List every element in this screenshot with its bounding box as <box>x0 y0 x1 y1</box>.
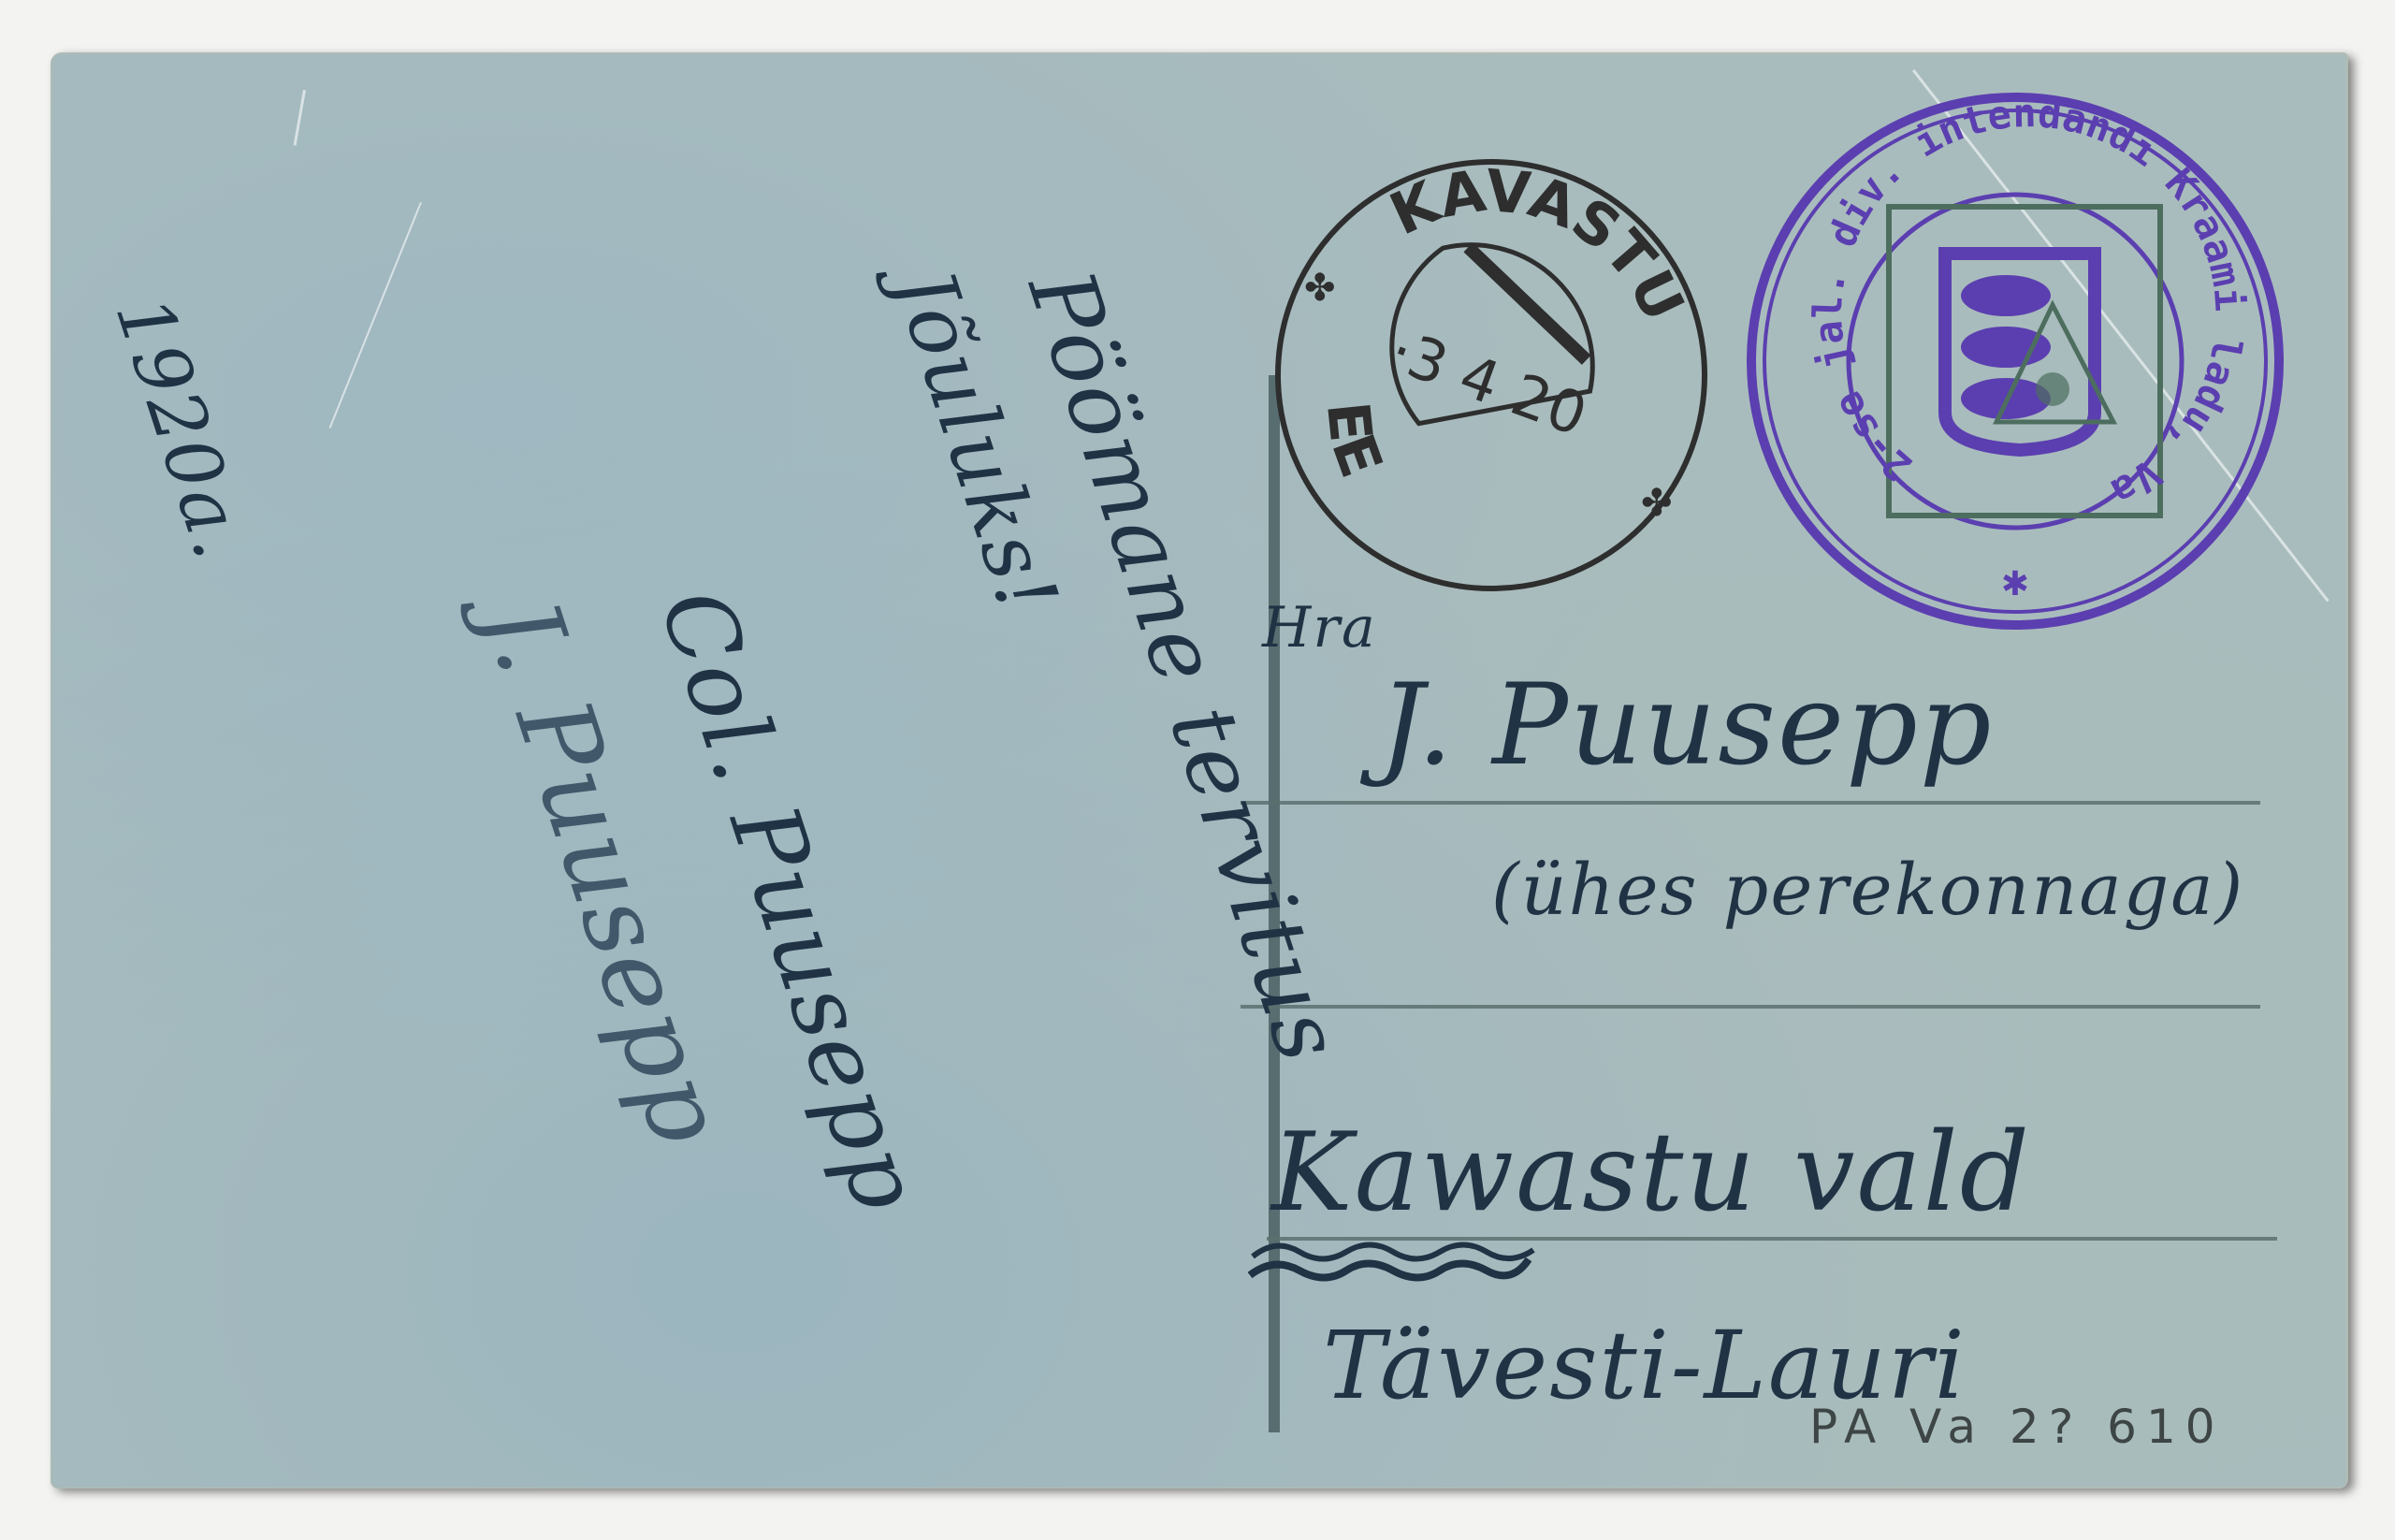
postcard: 1920a. Pöömane tervitus Jõuluks! Col. Pu… <box>51 52 2348 1489</box>
address-note: (ühes perekonnaga) <box>1491 848 2244 931</box>
seal-star-icon: ✱ <box>2001 565 2029 603</box>
address-line-2 <box>1241 1005 2260 1009</box>
archive-reference: PA Va 2? 610 <box>1809 1400 2225 1454</box>
svg-text:✤: ✤ <box>1641 482 1673 525</box>
paper-crease <box>329 202 422 429</box>
message-year: 1920a. <box>99 286 266 570</box>
svg-text:✤: ✤ <box>1304 267 1336 310</box>
address-parish: Kawastu vald <box>1271 1110 2031 1236</box>
address-salutation: Hra <box>1262 595 1377 661</box>
paper-crease <box>294 90 306 146</box>
wavy-underline <box>1248 1233 1566 1289</box>
address-recipient: J. Puusepp <box>1379 661 1994 791</box>
address-line-1 <box>1241 801 2260 805</box>
